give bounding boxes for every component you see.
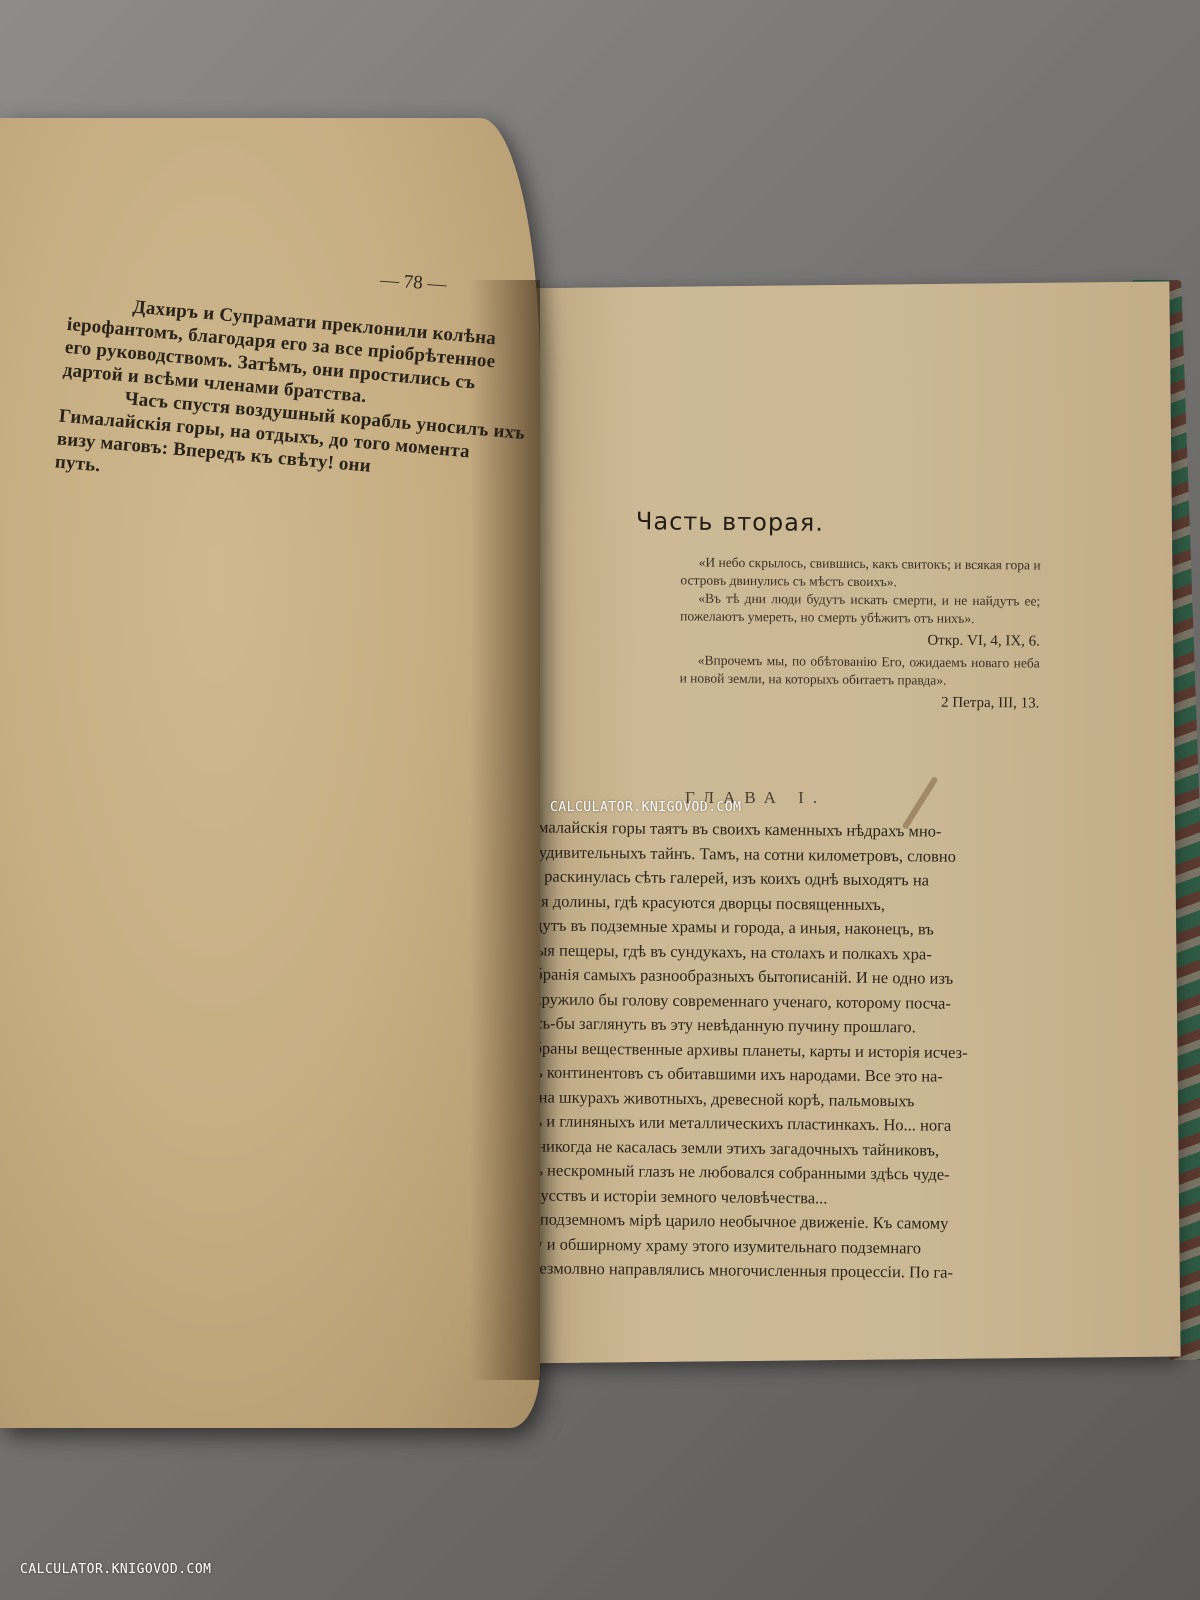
epigraph-quote-1: «И небо скрылось, свившись, какъ свитокъ… [680,553,1040,592]
epigraph-quote-3: «Впрочемъ мы, по обѣтованію Его, ожидаем… [680,651,1040,690]
watermark-bottom: CALCULATOR.KNIGOVOD.COM [20,1562,212,1577]
part-title: Часть вторая. [636,507,824,537]
chapter-body: Гималайскія горы таятъ въ своихъ каменны… [516,815,1049,1286]
epigraph-quote-2: «Въ тѣ дни люди будутъ искать смерти, и … [680,589,1040,628]
watermark-center: CALCULATOR.KNIGOVOD.COM [550,800,742,815]
epigraph-reference-2: 2 Петра, III, 13. [679,691,1039,712]
epigraph: «И небо скрылось, свившись, какъ свитокъ… [679,553,1040,716]
page-number: — 78 — [379,270,447,297]
epigraph-reference-1: Откр. VI, 4, IX, 6. [680,629,1040,650]
